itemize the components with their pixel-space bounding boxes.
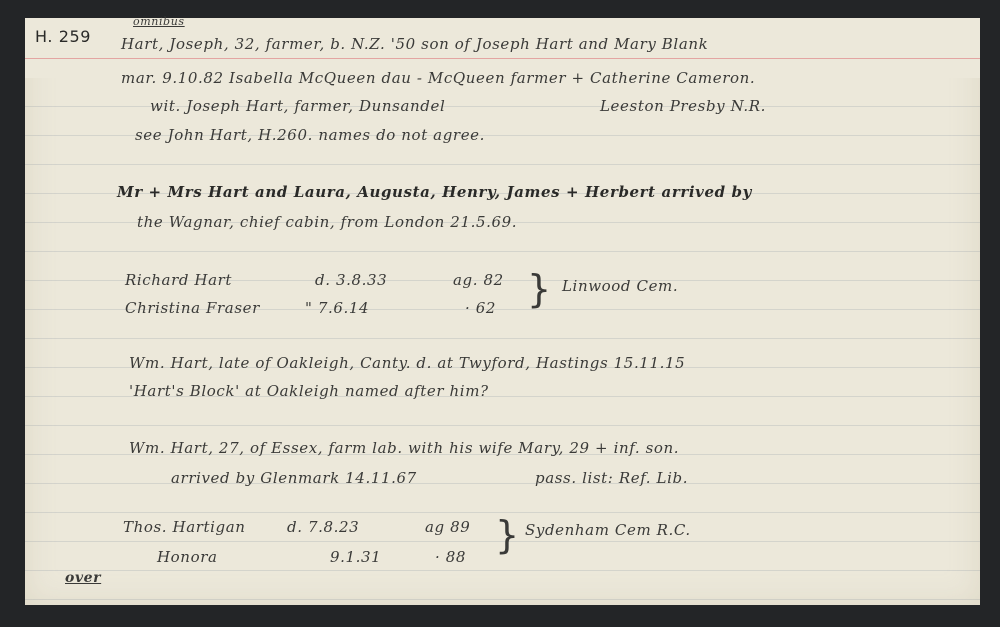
entry-3-person-2-age: · 62 — [465, 299, 496, 317]
entry-3-person-1-age: ag. 82 — [453, 271, 504, 289]
entry-6-person-2-death: 9.1.31 — [330, 548, 381, 566]
entry-2-line-2: the Wagnar, chief cabin, from London 21.… — [137, 213, 517, 231]
entry-3-person-1-name: Richard Hart — [125, 271, 232, 289]
card-id: H. 259 — [35, 27, 91, 46]
entry-3-brace: } — [527, 270, 551, 308]
entry-5-line-2-arrival: arrived by Glenmark 14.11.67 — [171, 469, 417, 487]
entry-3-person-1-death: d. 3.8.33 — [315, 271, 387, 289]
entry-3-person-2-name: Christina Fraser — [125, 299, 260, 317]
header-red-rule — [25, 58, 980, 59]
entry-2-line-1: Mr + Mrs Hart and Laura, Augusta, Henry,… — [117, 183, 752, 201]
entry-1-line-2: mar. 9.10.82 Isabella McQueen dau - McQu… — [121, 69, 755, 87]
entry-6-person-1-age: ag 89 — [425, 518, 470, 536]
entry-6-person-2-age: · 88 — [435, 548, 466, 566]
entry-6-person-1-death: d. 7.8.23 — [287, 518, 359, 536]
entry-1-line-4: see John Hart, H.260. names do not agree… — [135, 126, 485, 144]
entry-3-cemetery: Linwood Cem. — [562, 277, 678, 295]
index-card: H. 259 omnibus Hart, Joseph, 32, farmer,… — [25, 18, 980, 605]
entry-6-cemetery: Sydenham Cem R.C. — [525, 521, 691, 539]
entry-4-line-1: Wm. Hart, late of Oakleigh, Canty. d. at… — [129, 354, 685, 372]
entry-6-person-2-name: Honora — [157, 548, 218, 566]
entry-4-line-2: 'Hart's Block' at Oakleigh named after h… — [129, 382, 489, 400]
entry-3-person-2-death: " 7.6.14 — [305, 299, 369, 317]
entry-1-line-3-witness: wit. Joseph Hart, farmer, Dunsandel — [150, 97, 445, 115]
entry-5-line-1: Wm. Hart, 27, of Essex, farm lab. with h… — [129, 439, 679, 457]
entry-6-brace: } — [495, 516, 519, 554]
heading-note: omnibus — [133, 15, 185, 28]
entry-1-line-3-church: Leeston Presby N.R. — [600, 97, 766, 115]
entry-6-person-1-name: Thos. Hartigan — [123, 518, 246, 536]
entry-1-line-1: Hart, Joseph, 32, farmer, b. N.Z. '50 so… — [121, 35, 708, 53]
entry-5-line-2-reference: pass. list: Ref. Lib. — [535, 469, 688, 487]
over-note: over — [65, 570, 101, 586]
